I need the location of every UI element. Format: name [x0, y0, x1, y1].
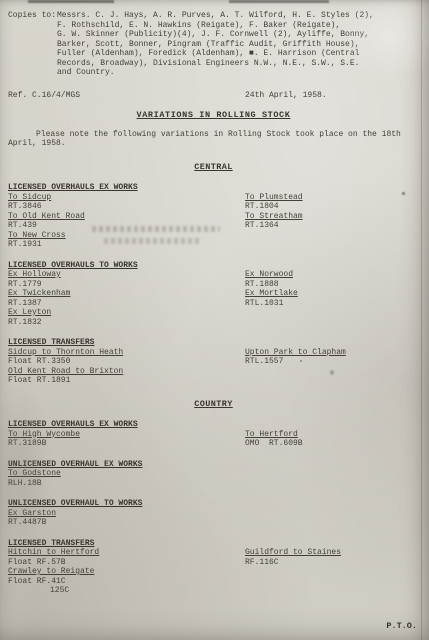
stock-number: Float RT.1891 — [8, 376, 245, 386]
group-columns: Ex HollowayRT.1779Ex TwickenhamRT.1387Ex… — [8, 270, 419, 327]
right-column: Guildford to StainesRF.116C — [245, 548, 419, 567]
reference-number: Ref. C.16/4/MGS — [8, 91, 245, 101]
route-label: To Hertford — [245, 430, 419, 440]
stock-group: LICENSED OVERHAULS EX WORKSTo High Wycom… — [8, 420, 419, 449]
group-heading: UNLICENSED OVERHAUL EX WORKS — [8, 460, 419, 470]
right-column: Upton Park to ClaphamRTL.1557 — [245, 348, 419, 367]
stock-number: RT.1364 — [245, 221, 419, 231]
stock-group: UNLICENSED OVERHAUL TO WORKSEx GarstonRT… — [8, 499, 419, 528]
route-label: To Plumstead — [245, 193, 419, 203]
group-heading: UNLICENSED OVERHAUL TO WORKS — [8, 499, 419, 509]
region-heading: COUNTRY — [8, 400, 419, 410]
group-columns: To GodstoneRLH.18B — [8, 469, 419, 488]
left-column: To SidcupRT.3846To Old Kent RoadRT.439To… — [8, 193, 245, 250]
route-label: Upton Park to Clapham — [245, 348, 419, 358]
stock-group: LICENSED TRANSFERSSidcup to Thornton Hea… — [8, 338, 419, 386]
copies-line: and Country. — [57, 68, 374, 78]
scan-edge-line — [421, 0, 422, 640]
right-column: To PlumsteadRT.1804To StreathamRT.1364 — [245, 193, 419, 231]
copies-line: Messrs. C. J. Hays, A. R. Purves, A. T. … — [57, 11, 374, 21]
stock-group: UNLICENSED OVERHAUL EX WORKSTo GodstoneR… — [8, 460, 419, 489]
copies-label: Copies to: — [8, 11, 57, 78]
stock-number: RT.1779 — [8, 280, 245, 290]
intro-paragraph: Please note the following variations in … — [8, 130, 419, 149]
torn-top-text-remnant-left — [28, 0, 114, 3]
right-column: To HertfordOMO RT.609B — [245, 430, 419, 449]
left-column: Ex GarstonRT.4487B — [8, 509, 245, 528]
right-column: Ex NorwoodRT.1888Ex MortlakeRTL.1031 — [245, 270, 419, 308]
route-label: To New Cross — [8, 231, 245, 241]
stock-number: 125C — [8, 586, 245, 596]
reference-row: Ref. C.16/4/MGS 24th April, 1958. — [8, 91, 419, 101]
stock-number: RT.439 — [8, 221, 245, 231]
left-column: Hitchin to HertfordFloat RF.57BCrawley t… — [8, 548, 245, 596]
stock-number: RT.3189B — [8, 439, 245, 449]
group-heading: LICENSED TRANSFERS — [8, 338, 419, 348]
copies-lines: Messrs. C. J. Hays, A. R. Purves, A. T. … — [57, 11, 374, 78]
left-column: Sidcup to Thornton HeathFloat RT.3350Old… — [8, 348, 245, 386]
route-label: Ex Norwood — [245, 270, 419, 280]
document-title: VARIATIONS IN ROLLING STOCK — [8, 111, 419, 121]
stock-number: RF.116C — [245, 558, 419, 568]
group-heading: LICENSED OVERHAULS TO WORKS — [8, 261, 419, 271]
route-label: To Old Kent Road — [8, 212, 245, 222]
stock-number: Float RT.3350 — [8, 357, 245, 367]
stock-number: RTL.1557 — [245, 357, 419, 367]
left-column: To High WycombeRT.3189B — [8, 430, 245, 449]
torn-top-text-remnant-right — [229, 0, 329, 3]
stock-number: RT.1888 — [245, 280, 419, 290]
route-label: Sidcup to Thornton Heath — [8, 348, 245, 358]
route-label: To High Wycombe — [8, 430, 245, 440]
route-label: Old Kent Road to Brixton — [8, 367, 245, 377]
stock-number: OMO RT.609B — [245, 439, 419, 449]
route-label: Ex Mortlake — [245, 289, 419, 299]
copies-line: Records, Broadway), Divisional Engineers… — [57, 59, 374, 69]
scanned-memo-page: Copies to: Messrs. C. J. Hays, A. R. Pur… — [0, 0, 429, 640]
group-heading: LICENSED OVERHAULS EX WORKS — [8, 420, 419, 430]
stock-number: RT.4487B — [8, 518, 245, 528]
regions: CENTRALLICENSED OVERHAULS EX WORKSTo Sid… — [8, 163, 419, 596]
stock-number: RT.1804 — [245, 202, 419, 212]
route-label: Ex Twickenham — [8, 289, 245, 299]
stock-group: LICENSED OVERHAULS EX WORKSTo SidcupRT.3… — [8, 183, 419, 250]
group-columns: To SidcupRT.3846To Old Kent RoadRT.439To… — [8, 193, 419, 250]
stock-number: Float RF.57B — [8, 558, 245, 568]
copies-block: Copies to: Messrs. C. J. Hays, A. R. Pur… — [8, 11, 419, 78]
region-heading: CENTRAL — [8, 163, 419, 173]
please-turn-over-label: P.T.O. — [386, 622, 417, 632]
stock-number: RT.1931 — [8, 240, 245, 250]
document-date: 24th April, 1958. — [245, 91, 419, 101]
copies-line: Barker, Scott, Bonner, Pingram (Traffic … — [57, 40, 374, 50]
group-heading: LICENSED OVERHAULS EX WORKS — [8, 183, 419, 193]
route-label: To Godstone — [8, 469, 245, 479]
group-columns: Ex GarstonRT.4487B — [8, 509, 419, 528]
copies-line: F. Rothschild, E. N. Hawkins (Reigate), … — [57, 21, 374, 31]
stock-number: RTL.1031 — [245, 299, 419, 309]
stock-number: Float RF.41C — [8, 577, 245, 587]
stock-number: RLH.18B — [8, 479, 245, 489]
group-heading: LICENSED TRANSFERS — [8, 539, 419, 549]
group-columns: Hitchin to HertfordFloat RF.57BCrawley t… — [8, 548, 419, 596]
route-label: Ex Leyton — [8, 308, 245, 318]
intro-line: Please note the following variations in … — [8, 130, 419, 140]
stock-number: RT.3846 — [8, 202, 245, 212]
intro-line: April, 1958. — [8, 139, 419, 149]
route-label: To Sidcup — [8, 193, 245, 203]
route-label: Crawley to Reigate — [8, 567, 245, 577]
copies-line: Fuller (Aldenham), Foredick (Aldenham), … — [57, 49, 374, 59]
stock-number: RT.1387 — [8, 299, 245, 309]
route-label: To Streatham — [245, 212, 419, 222]
group-columns: Sidcup to Thornton HeathFloat RT.3350Old… — [8, 348, 419, 386]
group-columns: To High WycombeRT.3189BTo HertfordOMO RT… — [8, 430, 419, 449]
route-label: Hitchin to Hertford — [8, 548, 245, 558]
stock-number: RT.1832 — [8, 318, 245, 328]
route-label: Ex Garston — [8, 509, 245, 519]
copies-line: G. W. Skinner (Publicity)(4), J. F. Corn… — [57, 30, 374, 40]
stock-group: LICENSED OVERHAULS TO WORKSEx HollowayRT… — [8, 261, 419, 328]
route-label: Ex Holloway — [8, 270, 245, 280]
left-column: Ex HollowayRT.1779Ex TwickenhamRT.1387Ex… — [8, 270, 245, 327]
route-label: Guildford to Staines — [245, 548, 419, 558]
stock-group: LICENSED TRANSFERSHitchin to HertfordFlo… — [8, 539, 419, 596]
left-column: To GodstoneRLH.18B — [8, 469, 245, 488]
